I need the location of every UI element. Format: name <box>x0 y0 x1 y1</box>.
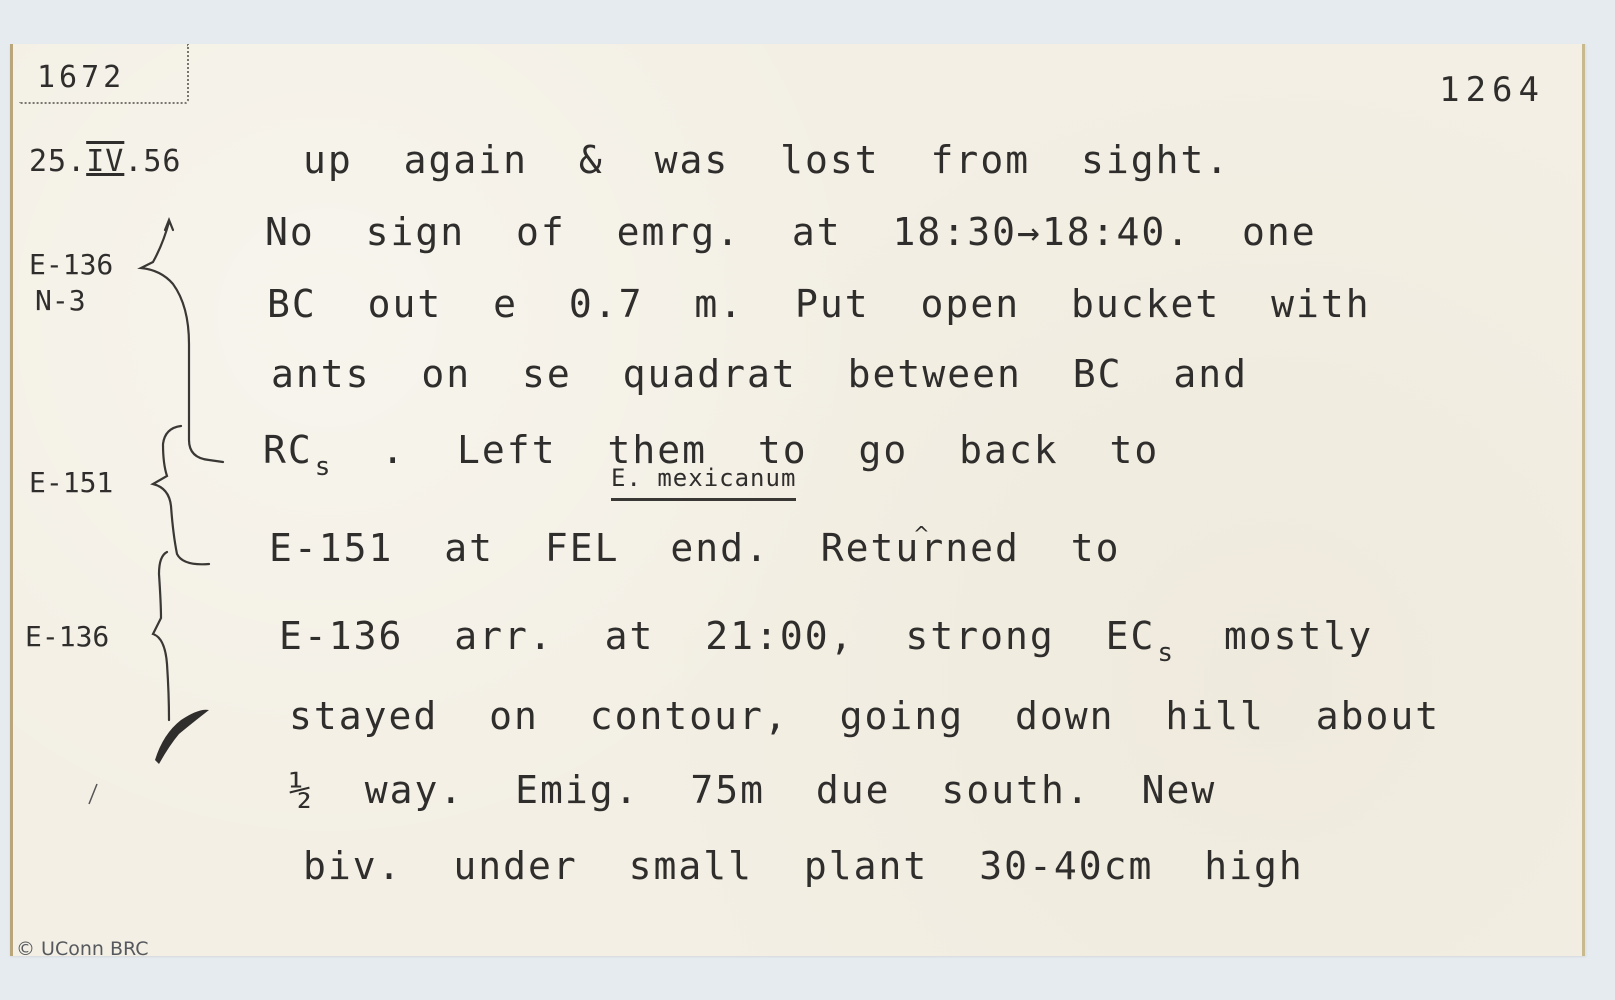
note-line-7: E-136 arr. at 21:00, strong ECs mostly <box>279 614 1373 658</box>
entry-date: 25.IV.56 <box>29 144 182 179</box>
date-month-roman: IV <box>86 144 124 179</box>
note-line-9: ½ way. Emig. 75m due south. New <box>289 768 1216 812</box>
species-insertion: E. mexicanum <box>611 464 796 501</box>
catalog-id: 1672 <box>37 60 125 95</box>
page-number: 1264 <box>1439 70 1545 110</box>
line7-end: mostly <box>1173 614 1373 658</box>
line7-subscript: s <box>1157 638 1173 668</box>
date-day: 25. <box>29 144 86 179</box>
date-year: .56 <box>124 144 181 179</box>
margin-label-colony: E-136 <box>25 620 109 653</box>
note-line-1: up again & was lost from sight. <box>303 138 1230 182</box>
note-line-2: No sign of emrg. at 18:30→18:40. one <box>265 210 1317 254</box>
margin-label-colony: E-136 <box>29 248 113 281</box>
note-line-10: biv. under small plant 30-40cm high <box>303 844 1304 888</box>
note-line-3: BC out e 0.7 m. Put open bucket with <box>267 282 1371 326</box>
margin-label-colony: E-151 <box>29 466 113 499</box>
margin-brace-icon <box>13 44 273 956</box>
note-line-6: E-151 at FEL end. Returned to <box>269 526 1120 570</box>
note-line-8: stayed on contour, going down hill about <box>289 694 1440 738</box>
line5-start: RC <box>263 428 313 472</box>
line7-start: E-136 arr. at 21:00, strong EC <box>279 614 1155 658</box>
field-note-card: 1672 1264 25.IV.56 E-136 N-3 E-151 E-136… <box>10 44 1586 956</box>
copyright-notice: © UConn BRC <box>16 938 149 960</box>
note-line-4: ants on se quadrat between BC and <box>271 352 1248 396</box>
line5-subscript: s <box>315 452 331 482</box>
margin-label-nest: N-3 <box>35 284 86 317</box>
